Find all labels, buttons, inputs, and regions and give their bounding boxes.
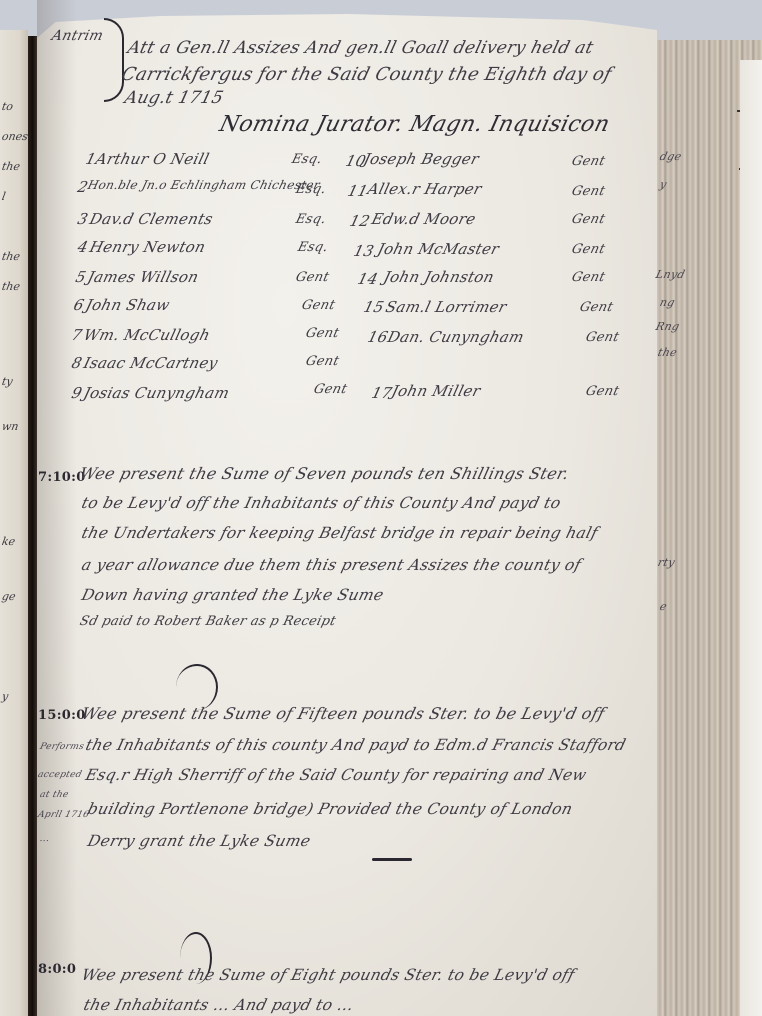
facing-fragment: ge	[1, 590, 17, 603]
juror-name: Hon.ble Jn.o Echlingham Chichester	[86, 178, 321, 192]
heading-line-1: Att a Gen.ll Assizes And gen.ll Goall de…	[126, 38, 596, 58]
juror-name: Edw.d Moore	[370, 210, 478, 228]
juror-rank: Gent	[570, 212, 607, 227]
facing-fragment: wn	[1, 420, 20, 433]
juror-name: Wm. McCullogh	[82, 326, 212, 344]
juror-name: James Willson	[86, 268, 201, 286]
entry-amount: 8:0:0	[38, 962, 76, 977]
entry-amount: 15:0:0	[38, 708, 86, 723]
juror-rank: Gent	[584, 330, 621, 345]
juror-name: Allex.r Harper	[366, 180, 484, 198]
juror-rank: Gent	[304, 326, 341, 341]
entry-line: Esq.r High Sherriff of the Said County f…	[84, 766, 589, 784]
facing-fragment: the	[1, 280, 21, 293]
facing-fragment: to	[1, 100, 14, 113]
juror-name: John Johnston	[382, 268, 496, 286]
edge-fragment: rty	[656, 556, 676, 569]
juror-rank: Esq.	[294, 212, 328, 227]
margin-note: at the	[39, 790, 70, 800]
juror-rank: Esq.	[290, 152, 324, 167]
edge-fragment: Rng	[654, 320, 681, 333]
brace-flourish	[104, 18, 124, 102]
heading-line-3: Aug.t 1715	[123, 88, 226, 108]
edge-fragment: the	[656, 346, 678, 359]
juror-rank: Gent	[304, 354, 341, 369]
entry-line: the Inhabitants ... And payd to ...	[82, 996, 356, 1014]
facing-fragment: ke	[1, 535, 16, 548]
juror-name: John McMaster	[376, 240, 501, 258]
facing-page: to ones the l the the ty wn ke ge y	[0, 30, 28, 1016]
facing-fragment: ty	[1, 375, 14, 388]
juror-name: Isaac McCartney	[82, 354, 220, 372]
juror-name: Henry Newton	[88, 238, 208, 256]
document-title: Nomina Jurator. Magn. Inquisicon	[217, 112, 612, 137]
margin-note: Performs	[39, 742, 85, 752]
juror-name: Joseph Begger	[362, 150, 481, 168]
juror-rank: Gent	[570, 270, 607, 285]
entry-line: a year allowance due them this present A…	[80, 556, 583, 574]
juror-name: Dan. Cunyngham	[386, 328, 526, 346]
juror-name: Sam.l Lorrimer	[384, 298, 509, 316]
book-gutter	[28, 36, 37, 1016]
juror-rank: Gent	[312, 382, 349, 397]
facing-fragment: y	[1, 690, 10, 703]
margin-note: accepted	[37, 770, 83, 780]
juror-rank: Gent	[570, 242, 607, 257]
juror-name: John Shaw	[84, 296, 172, 314]
entry-payment-note: Sd paid to Robert Baker as p Receipt	[78, 614, 337, 629]
manuscript-photo: to ones the l the the ty wn ke ge y Antr…	[0, 0, 762, 1016]
margin-note: Aprll 1716	[37, 810, 91, 820]
juror-name: Josias Cunyngham	[82, 384, 232, 402]
book-cover-edge	[740, 60, 762, 1016]
entry-line: to be Levy'd off the Inhabitants of this…	[80, 494, 563, 512]
facing-fragment: l	[1, 190, 7, 203]
entry-line: Wee present the Sume of Fifteen pounds S…	[80, 704, 607, 723]
heading-line-2: Carrickfergus for the Said County the Ei…	[119, 64, 613, 85]
facing-fragment: the	[1, 160, 21, 173]
entry-line: building Portlenone bridge) Provided the…	[86, 800, 575, 818]
margin-county-label: Antrim	[50, 28, 105, 44]
entry-line: the Inhabitants of this county And payd …	[84, 736, 628, 754]
juror-rank: Esq.	[296, 240, 330, 255]
entry-line: Derry grant the Lyke Sume	[86, 832, 313, 850]
facing-fragment: the	[1, 250, 21, 263]
entry-line: the Undertakers for keeping Belfast brid…	[80, 524, 600, 542]
entry-line: Wee present the Sume of Seven pounds ten…	[78, 464, 572, 483]
juror-rank: Gent	[300, 298, 337, 313]
juror-name: John Miller	[390, 382, 483, 400]
edge-fragment: dge	[658, 150, 683, 163]
entry-line: Wee present the Sume of Eight pounds Ste…	[80, 966, 577, 984]
juror-rank: Esq.	[294, 182, 328, 197]
juror-rank: Gent	[584, 384, 621, 399]
juror-rank: Gent	[294, 270, 331, 285]
juror-rank: Gent	[578, 300, 615, 315]
juror-name: Dav.d Clements	[88, 210, 215, 228]
edge-fragment: Lnyd	[654, 268, 686, 281]
facing-fragment: ones	[1, 130, 28, 143]
juror-rank: Gent	[570, 184, 607, 199]
line-terminator	[372, 858, 412, 861]
juror-name: Arthur O Neill	[94, 150, 211, 168]
entry-line: Down having granted the Lyke Sume	[80, 586, 386, 604]
juror-rank: Gent	[570, 154, 607, 169]
